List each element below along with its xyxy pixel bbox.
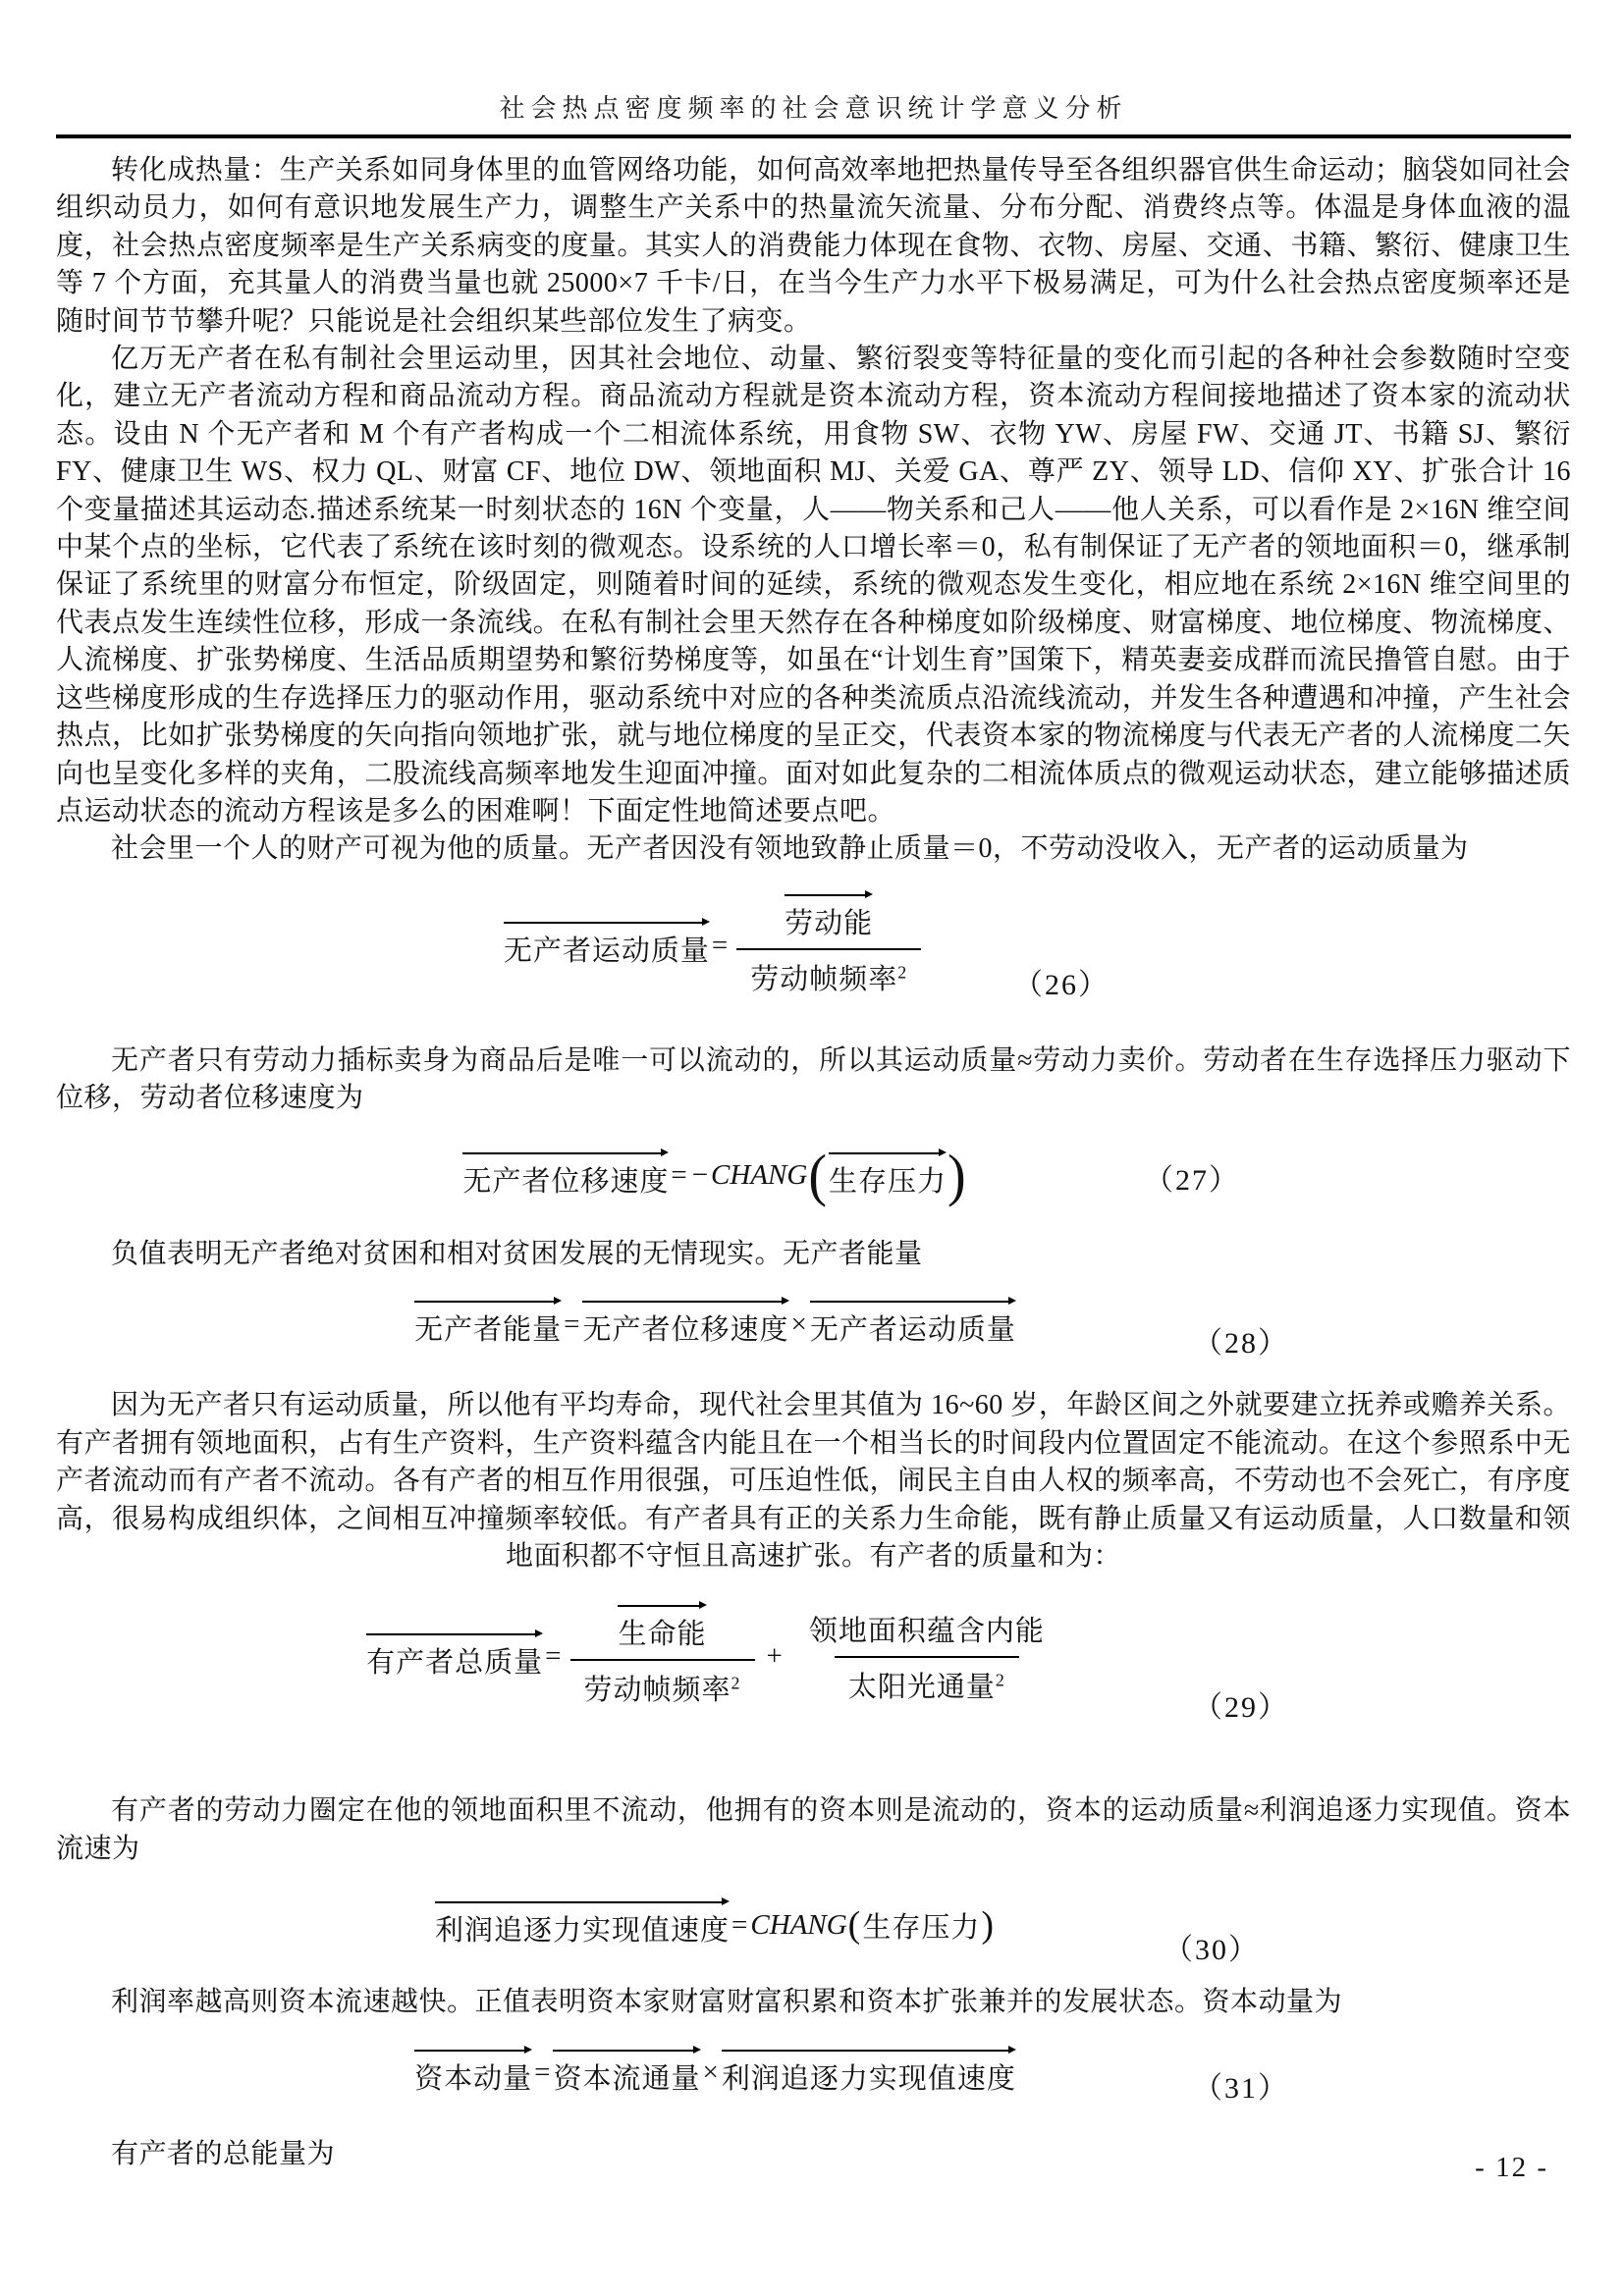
paragraph-9: 有产者的总能量为 bbox=[56, 2136, 1571, 2173]
eq27-argument-vector: 生存压力 bbox=[829, 1152, 947, 1200]
equation-28-body: 无产者能量=无产者位移速度×无产者运动质量 bbox=[414, 1301, 1016, 1348]
paragraph-5: 负值表明无产者绝对贫困和相对贫困发展的无情现实。无产者能量 bbox=[56, 1236, 1571, 1273]
paragraph-6: 因为无产者只有运动质量，所以他有平均寿命，现代社会里其值为 16~60 岁，年龄… bbox=[56, 1387, 1571, 1575]
paragraph-8: 利润率越高则资本流速越快。正值表明资本家财富财富积累和资本扩张兼并的发展状态。资… bbox=[56, 1984, 1571, 2021]
eq26-lhs-vector: 无产者运动质量 bbox=[504, 922, 710, 969]
paragraph-1: 转化成热量：生产关系如同身体里的血管网络功能，如何高效率地把热量传导至各组织器官… bbox=[56, 152, 1571, 341]
page-number: - 12 - bbox=[1475, 2152, 1548, 2184]
eq29-lhs-vector: 有产者总质量 bbox=[366, 1633, 543, 1681]
close-paren: ) bbox=[947, 1149, 967, 1201]
eq28-number: （28） bbox=[1193, 1318, 1289, 1362]
eq30-argument: 生存压力 bbox=[862, 1905, 980, 1946]
open-paren: ( bbox=[808, 1149, 828, 1201]
minus-sign: − bbox=[692, 1159, 709, 1192]
eq29-fraction2-denominator: 太阳光通量2 bbox=[835, 1656, 1019, 1707]
page-content: 社会热点密度频率的社会意识统计学意义分析 转化成热量：生产关系如同身体里的血管网… bbox=[56, 0, 1571, 2173]
eq28-lhs-vector: 无产者能量 bbox=[414, 1301, 562, 1348]
paragraph-2: 亿万无产者在私有制社会里运动里，因其社会地位、动量、繁衍裂变等特征量的变化而引起… bbox=[56, 341, 1571, 830]
eq29-fraction2-numerator: 领地面积蕴含内能 bbox=[795, 1607, 1058, 1656]
paragraph-4: 无产者只有劳动力插标卖身为商品后是唯一可以流动的，所以其运动质量≈劳动力卖价。劳… bbox=[56, 1042, 1571, 1118]
equals-sign: = bbox=[671, 1159, 687, 1192]
eq27-number: （27） bbox=[1144, 1155, 1240, 1199]
eq30-lhs-vector: 利润追逐力实现值速度 bbox=[435, 1901, 730, 1949]
eq29-fraction-2: 领地面积蕴含内能 太阳光通量2 bbox=[795, 1607, 1058, 1707]
eq31-number: （31） bbox=[1193, 2063, 1289, 2107]
eq29-fraction1-numerator: 生命能 bbox=[604, 1603, 720, 1659]
eq30-function-name: CHANG bbox=[750, 1909, 846, 1942]
open-paren: ( bbox=[848, 1908, 862, 1942]
close-paren: ) bbox=[981, 1908, 995, 1942]
equation-27-body: 无产者位移速度=−CHANG(生存压力) bbox=[462, 1151, 967, 1201]
eq29-number: （29） bbox=[1193, 1682, 1289, 1726]
eq30-number: （30） bbox=[1164, 1925, 1260, 1968]
eq26-denominator-text: 劳动帧频率 bbox=[750, 964, 897, 995]
paragraph-7: 有产者的劳动力圈定在他的领地面积里不流动，他拥有的资本则是流动的，资本的运动质量… bbox=[56, 1792, 1571, 1868]
equation-26: 无产者运动质量= 劳动能 劳动帧频率2 （26） bbox=[56, 892, 1571, 999]
eq29-fraction2-exponent: 2 bbox=[996, 1670, 1005, 1689]
equals-sign: = bbox=[534, 2056, 551, 2089]
eq29-fraction1-denominator-text: 劳动帧频率 bbox=[584, 1675, 731, 1706]
equation-30-body: 利润追逐力实现值速度=CHANG(生存压力) bbox=[435, 1901, 996, 1949]
equals-sign: = bbox=[712, 930, 729, 962]
eq26-denominator-exponent: 2 bbox=[897, 962, 907, 982]
eq29-fraction2-denominator-text: 太阳光通量 bbox=[848, 1672, 996, 1703]
eq29-fraction1-denominator: 劳动帧频率2 bbox=[570, 1659, 755, 1710]
eq26-fraction: 劳动能 劳动帧频率2 bbox=[736, 892, 921, 999]
header-divider bbox=[56, 134, 1571, 138]
times-sign: × bbox=[791, 1308, 808, 1341]
eq29-fraction1-numerator-vector: 生命能 bbox=[618, 1605, 706, 1652]
paragraph-3: 社会里一个人的财产可视为他的质量。无产者因没有领地致静止质量＝0，不劳动没收入，… bbox=[56, 830, 1571, 868]
equation-31-body: 资本动量=资本流通量×利润追逐力实现值速度 bbox=[414, 2050, 1016, 2097]
eq31-term-b-vector: 利润追逐力实现值速度 bbox=[722, 2050, 1016, 2097]
eq27-lhs-vector: 无产者位移速度 bbox=[462, 1152, 669, 1200]
equation-29: 有产者总质量= 生命能 劳动帧频率2 + 领地面积蕴含内能 太阳光通量2 （29… bbox=[56, 1603, 1571, 1710]
running-head-title: 社会热点密度频率的社会意识统计学意义分析 bbox=[56, 88, 1571, 125]
eq26-numerator-vector: 劳动能 bbox=[785, 894, 873, 941]
equation-31: 资本动量=资本流通量×利润追逐力实现值速度 （31） bbox=[56, 2050, 1571, 2097]
eq31-lhs-vector: 资本动量 bbox=[414, 2050, 532, 2097]
equals-sign: = bbox=[564, 1308, 580, 1341]
eq26-number: （26） bbox=[1013, 960, 1110, 1003]
equation-26-body: 无产者运动质量= 劳动能 劳动帧频率2 bbox=[504, 892, 927, 999]
eq26-denominator: 劳动帧频率2 bbox=[736, 948, 921, 999]
equation-30: 利润追逐力实现值速度=CHANG(生存压力) （30） bbox=[56, 1901, 1571, 1949]
times-sign: × bbox=[703, 2056, 720, 2089]
equals-sign: = bbox=[545, 1640, 562, 1673]
document-page: 社会热点密度频率的社会意识统计学意义分析 转化成热量：生产关系如同身体里的血管网… bbox=[0, 0, 1624, 2296]
eq28-term-b-vector: 无产者运动质量 bbox=[810, 1301, 1016, 1348]
plus-sign: + bbox=[767, 1640, 784, 1673]
equation-27: 无产者位移速度=−CHANG(生存压力) （27） bbox=[56, 1151, 1571, 1201]
eq27-function-name: CHANG bbox=[711, 1159, 807, 1192]
eq29-fraction-1: 生命能 劳动帧频率2 bbox=[570, 1603, 755, 1710]
eq28-term-a-vector: 无产者位移速度 bbox=[582, 1301, 788, 1348]
eq29-fraction1-exponent: 2 bbox=[731, 1674, 741, 1693]
eq31-term-a-vector: 资本流通量 bbox=[553, 2050, 700, 2097]
equation-28: 无产者能量=无产者位移速度×无产者运动质量 （28） bbox=[56, 1301, 1571, 1348]
eq26-numerator: 劳动能 bbox=[771, 892, 887, 948]
equation-29-body: 有产者总质量= 生命能 劳动帧频率2 + 领地面积蕴含内能 太阳光通量2 bbox=[366, 1603, 1064, 1710]
equals-sign: = bbox=[731, 1909, 748, 1942]
